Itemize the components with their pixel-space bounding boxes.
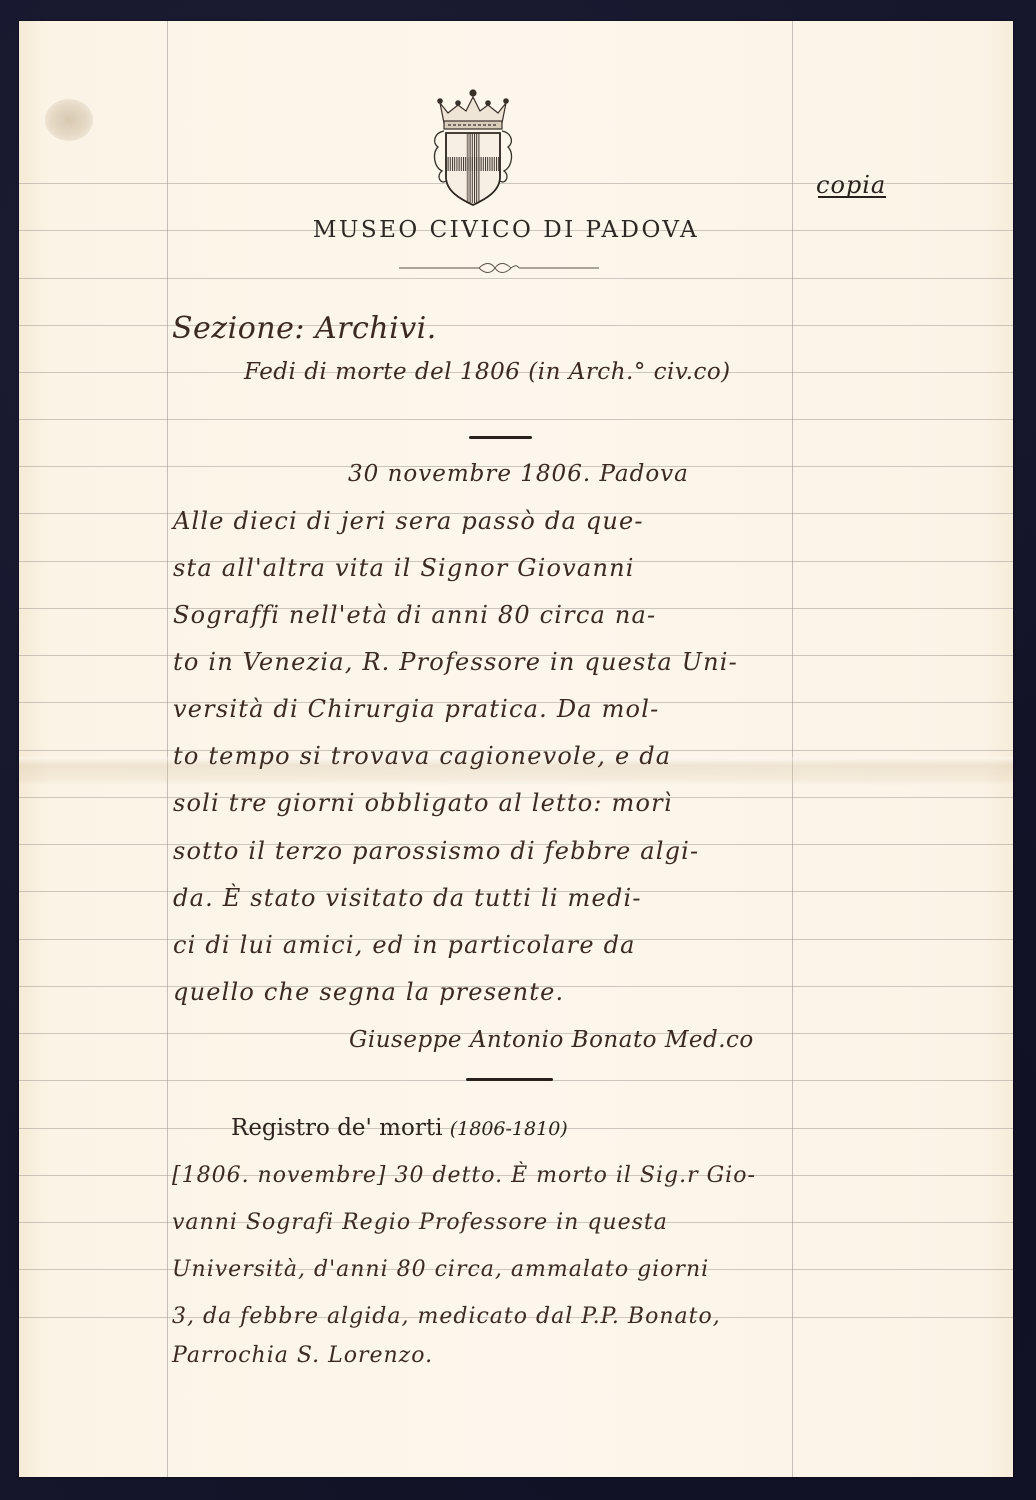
register-line: [1806. novembre] 30 detto. È morto il Si… xyxy=(172,1163,756,1188)
certificate-line: versità di Chirurgia pratica. Da mol- xyxy=(173,695,659,723)
padua-coat-of-arms-icon xyxy=(430,81,516,211)
certificate-line: da. È stato visitato da tutti li medi- xyxy=(173,884,642,912)
certificate-line: quello che segna la presente. xyxy=(173,978,564,1006)
certificate-date: 30 novembre 1806. Padova xyxy=(348,461,689,487)
ornamental-divider-icon xyxy=(399,261,599,275)
certificate-line: Sograffi nell'età di anni 80 circa na- xyxy=(173,601,656,629)
paper-stain xyxy=(45,99,93,141)
certificate-line: Alle dieci di jeri sera passò da que- xyxy=(173,507,644,535)
register-title-text: Registro de' morti xyxy=(231,1115,442,1141)
certificate-line: sta all'altra vita il Signor Giovanni xyxy=(173,554,635,582)
certificate-line: ci di lui amici, ed in particolare da xyxy=(173,931,636,959)
register-years: (1806-1810) xyxy=(450,1118,568,1140)
register-line: Parrochia S. Lorenzo. xyxy=(172,1343,433,1368)
register-line: Università, d'anni 80 circa, ammalato gi… xyxy=(172,1257,709,1282)
certificate-line: to tempo si trovava cagionevole, e da xyxy=(173,742,671,770)
letterhead-title-text: MUSEO CIVICO DI PADOVA xyxy=(313,217,699,243)
separator-line xyxy=(466,1078,553,1081)
ruled-line xyxy=(19,278,1013,279)
certificate-line: sotto il terzo parossismo di febbre algi… xyxy=(173,837,699,865)
separator-line xyxy=(469,436,532,439)
ruled-line xyxy=(19,325,1013,326)
certificate-line: to in Venezia, R. Professore in questa U… xyxy=(173,648,738,676)
section-title: Sezione: Archivi. xyxy=(172,311,437,346)
section-subtitle: Fedi di morte del 1806 (in Arch.° civ.co… xyxy=(244,359,731,385)
doctor-signature: Giuseppe Antonio Bonato Med.co xyxy=(349,1027,754,1053)
register-line: 3, da febbre algida, medicato dal P.P. B… xyxy=(172,1304,721,1329)
letterhead-title: MUSEO CIVICO DI PADOVA xyxy=(19,217,1013,243)
register-title: Registro de' morti (1806-1810) xyxy=(231,1115,568,1141)
certificate-line: soli tre giorni obbligato al letto: morì xyxy=(173,789,673,817)
document-page: MUSEO CIVICO DI PADOVA copia Sezione: Ar… xyxy=(19,21,1013,1477)
register-line: vanni Sografi Regio Professore in questa xyxy=(172,1210,668,1235)
copy-annotation: copia xyxy=(816,171,886,199)
ruled-line xyxy=(19,419,1013,420)
